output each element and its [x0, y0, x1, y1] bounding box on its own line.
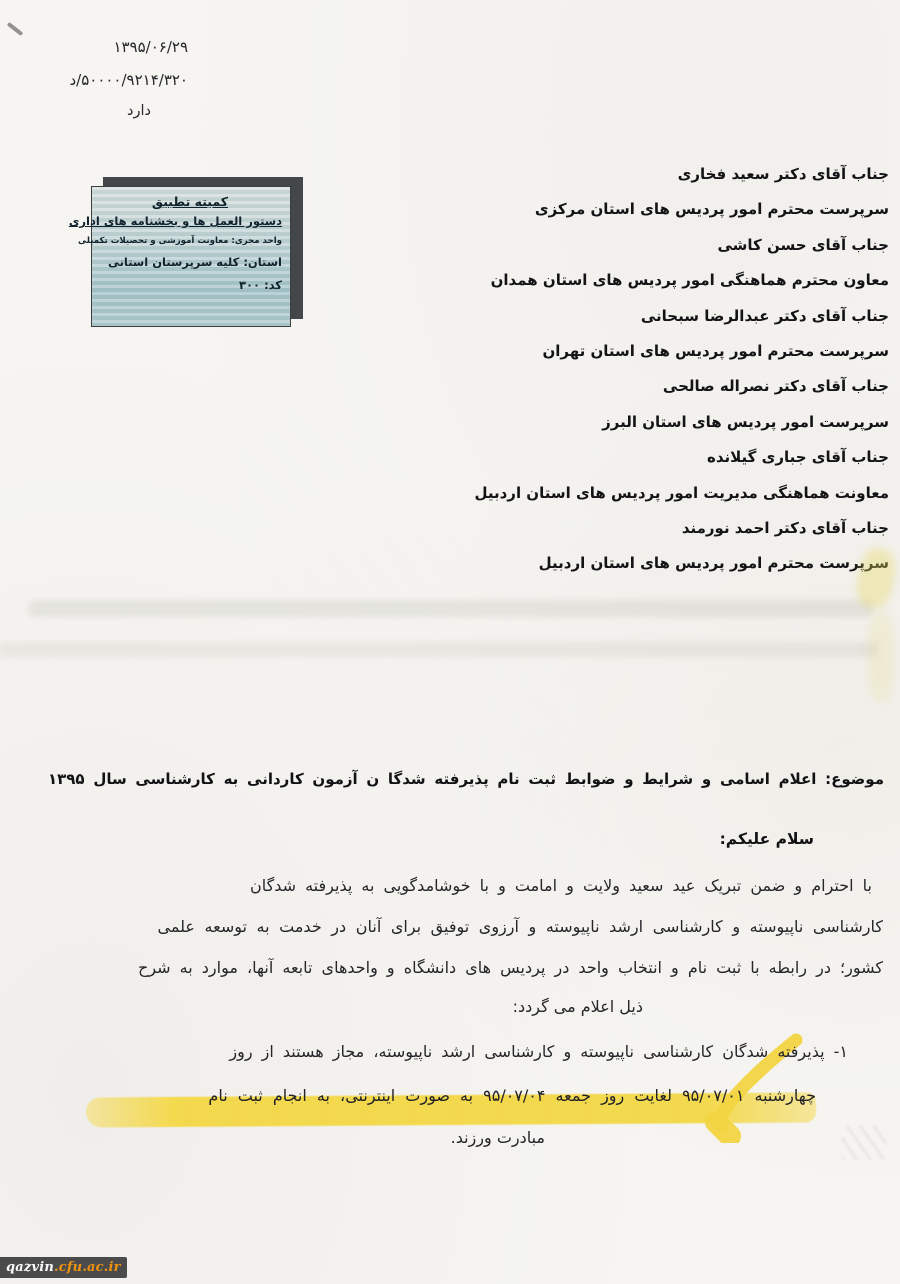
recipient-role: سرپرست محترم امور پردیس های استان اردبیل: [474, 546, 889, 581]
recipient-role: سرپرست محترم امور پردیس های استان مرکزی: [474, 192, 889, 227]
item1-line: ۱- پذیرفته شدگان کارشناسی ناپیوسته و کار…: [229, 1042, 848, 1061]
stamp-code: کد: ۳۰۰: [98, 278, 282, 292]
recipient-role: سرپرست محترم امور پردیس های استان تهران: [474, 334, 889, 369]
stamp-title: کمیته تطبیق: [98, 194, 282, 209]
item1-line-highlighted: چهارشنبه ۹۵/۰۷/۰۱ لغایت روز جمعه ۹۵/۰۷/۰…: [208, 1086, 816, 1105]
stamp-subtitle: دستور العمل ها و بخشنامه های اداری: [98, 214, 282, 228]
attachment-status: دارد: [110, 103, 168, 119]
recipient-name: جناب آقای دکتر احمد نورمند: [474, 511, 889, 546]
recipient-role: معاون محترم هماهنگی امور پردیس های استان…: [474, 263, 889, 298]
subject-line: موضوع: اعلام اسامی و شرایط و ضوابط ثبت ن…: [48, 770, 884, 788]
watermark-site-prefix: qazvin: [6, 1260, 54, 1275]
body-line: کشور؛ در رابطه با ثبت نام و انتخاب واحد …: [138, 958, 883, 977]
body-line: کارشناسی ناپیوسته و کارشناسی ارشد ناپیوس…: [158, 917, 884, 936]
compliance-committee-stamp: کمیته تطبیق دستور العمل ها و بخشنامه های…: [91, 186, 291, 327]
recipient-role: سرپرست امور پردیس های استان البرز: [474, 405, 889, 440]
letter-ref-number: د/۵۰۰۰۰/۹۲۱۴/۳۲۰: [16, 71, 188, 89]
bleedthrough-smudge: [28, 600, 873, 617]
watermark-site-suffix: .cfu.ac.ir: [54, 1260, 121, 1275]
bleedthrough-smudge: [842, 1126, 886, 1160]
stamp-province: استان: کلیه سرپرستان استانی: [98, 255, 282, 269]
greeting: سلام علیکم:: [720, 830, 814, 848]
scanned-letter-page: ۱۳۹۵/۰۶/۲۹ د/۵۰۰۰۰/۹۲۱۴/۳۲۰ دارد کمیته ت…: [0, 0, 900, 1284]
recipient-name: جناب آقای دکتر سعید فخاری: [474, 157, 889, 192]
recipient-role: معاونت هماهنگی مدیریت امور پردیس های است…: [474, 476, 889, 511]
recipient-name: جناب آقای جباری گیلانده: [474, 440, 889, 475]
recipient-list: جناب آقای دکتر سعید فخاری سرپرست محترم ا…: [474, 157, 889, 582]
ref-number-text: د/۵۰۰۰۰/۹۲۱۴/۳۲۰: [69, 71, 188, 89]
recipient-name: جناب آقای دکتر عبدالرضا سبحانی: [474, 299, 889, 334]
body-line: ذیل اعلام می گردد:: [513, 997, 643, 1016]
letter-date: ۱۳۹۵/۰۶/۲۹: [20, 38, 188, 56]
corner-crease-mark: [7, 22, 24, 36]
recipient-name: جناب آقای دکتر نصراله صالحی: [474, 369, 889, 404]
item1-line: مبادرت ورزند.: [451, 1128, 545, 1147]
stamp-executor-unit: واحد مجری: معاونت آموزشی و تحصیلات تکمیل…: [98, 236, 282, 246]
bleedthrough-highlight-mark: [868, 612, 894, 702]
recipient-name: جناب آقای حسن کاشی: [474, 228, 889, 263]
bleedthrough-smudge: [0, 642, 878, 657]
site-watermark: qazvin.cfu.ac.ir: [0, 1257, 127, 1278]
body-line: با احترام و ضمن تبریک عید سعید ولایت و ا…: [250, 876, 872, 895]
